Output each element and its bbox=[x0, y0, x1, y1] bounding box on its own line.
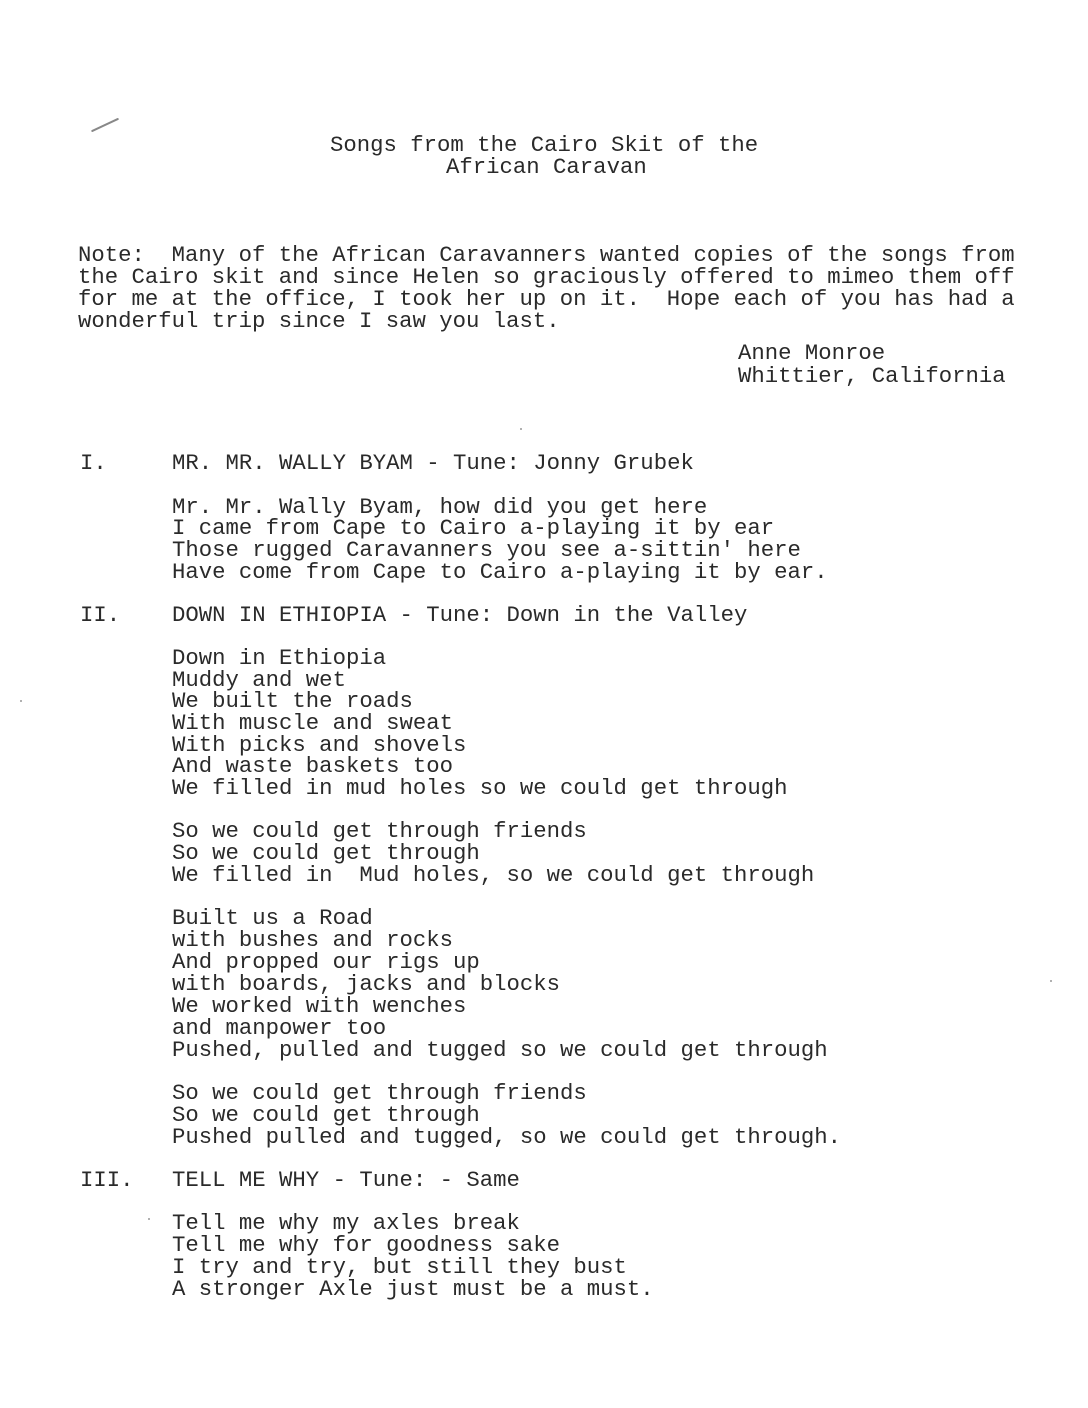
lyric-line: We built the roads bbox=[172, 690, 413, 712]
lyric-line: Those rugged Caravanners you see a-sitti… bbox=[172, 539, 801, 561]
song-number: II. bbox=[80, 604, 120, 626]
song-heading: DOWN IN ETHIOPIA - Tune: Down in the Val… bbox=[172, 604, 747, 626]
lyric-line: Tell me why my axles break bbox=[172, 1212, 520, 1234]
lyric-line: with bushes and rocks bbox=[172, 929, 453, 951]
scan-speck bbox=[1050, 980, 1052, 982]
lyric-line: Pushed, pulled and tugged so we could ge… bbox=[172, 1039, 828, 1061]
lyric-line: Have come from Cape to Cairo a-playing i… bbox=[172, 561, 828, 583]
lyric-line: So we could get through bbox=[172, 842, 480, 864]
lyric-line: Tell me why for goodness sake bbox=[172, 1234, 560, 1256]
lyric-line: with boards, jacks and blocks bbox=[172, 973, 560, 995]
note-line: wonderful trip since I saw you last. bbox=[78, 310, 560, 332]
lyric-line: Pushed pulled and tugged, so we could ge… bbox=[172, 1126, 841, 1148]
signature-name: Anne Monroe bbox=[738, 342, 885, 364]
song-heading: TELL ME WHY - Tune: - Same bbox=[172, 1169, 520, 1191]
document-page: Songs from the Cairo Skit of the African… bbox=[0, 0, 1088, 1408]
scan-speck bbox=[148, 1218, 150, 1220]
lyric-line: I try and try, but still they bust bbox=[172, 1256, 627, 1278]
lyric-line: So we could get through friends bbox=[172, 1082, 587, 1104]
scan-mark bbox=[91, 118, 119, 132]
lyric-line: Down in Ethiopia bbox=[172, 647, 386, 669]
song-number: I. bbox=[80, 452, 107, 474]
lyric-line: With muscle and sweat bbox=[172, 712, 453, 734]
title-line-1: Songs from the Cairo Skit of the bbox=[330, 134, 758, 156]
lyric-line: and manpower too bbox=[172, 1017, 386, 1039]
note-line: for me at the office, I took her up on i… bbox=[78, 288, 1015, 310]
song-heading: MR. MR. WALLY BYAM - Tune: Jonny Grubek bbox=[172, 452, 694, 474]
lyric-line: So we could get through bbox=[172, 1104, 480, 1126]
lyric-line: I came from Cape to Cairo a-playing it b… bbox=[172, 517, 774, 539]
signature-location: Whittier, California bbox=[738, 365, 1006, 387]
scan-speck bbox=[520, 428, 522, 430]
lyric-line: We worked with wenches bbox=[172, 995, 466, 1017]
title-line-2: African Caravan bbox=[446, 156, 647, 178]
lyric-line: So we could get through friends bbox=[172, 820, 587, 842]
lyric-line: And propped our rigs up bbox=[172, 951, 480, 973]
note-line: the Cairo skit and since Helen so gracio… bbox=[78, 266, 1015, 288]
lyric-line: We filled in Mud holes, so we could get … bbox=[172, 864, 814, 886]
note-line: Note: Many of the African Caravanners wa… bbox=[78, 244, 1015, 266]
lyric-line: Built us a Road bbox=[172, 907, 373, 929]
lyric-line: A stronger Axle just must be a must. bbox=[172, 1278, 654, 1300]
lyric-line: And waste baskets too bbox=[172, 755, 453, 777]
song-number: III. bbox=[80, 1169, 134, 1191]
lyric-line: We filled in mud holes so we could get t… bbox=[172, 777, 788, 799]
scan-speck bbox=[20, 700, 22, 702]
